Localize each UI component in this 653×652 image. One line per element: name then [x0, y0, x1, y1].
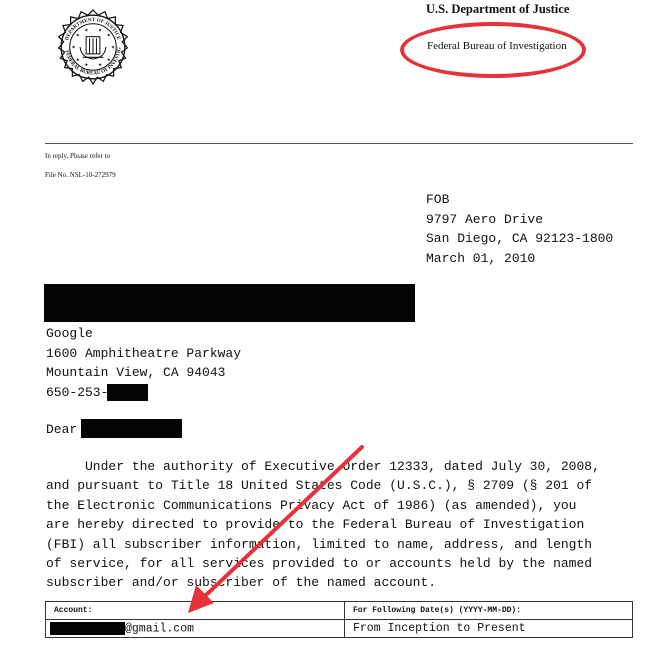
redaction-block: [44, 284, 415, 322]
svg-text:★: ★: [84, 28, 88, 33]
body-line: (FBI) all subscriber information, limite…: [46, 535, 646, 554]
body-line: of service, for all services provided to…: [46, 554, 646, 573]
letter-date: March 01, 2010: [426, 249, 613, 269]
request-table: Account: For Following Date(s) (YYYY-MM-…: [45, 601, 633, 638]
dates-header: For Following Date(s) (YYYY-MM-DD):: [345, 602, 633, 620]
redaction-block: [107, 384, 148, 401]
body-line: subscriber and/or subscriber of the name…: [46, 573, 646, 592]
office-name: FOB: [426, 190, 613, 210]
body-paragraph: Under the authority of Executive Order 1…: [46, 457, 646, 593]
table-header-row: Account: For Following Date(s) (YYYY-MM-…: [46, 602, 633, 620]
table-row: @gmail.com From Inception to Present: [46, 620, 633, 638]
dates-cell: From Inception to Present: [345, 620, 633, 638]
svg-text:★: ★: [76, 33, 80, 38]
recipient-street: 1600 Amphitheatre Parkway: [46, 344, 241, 364]
svg-text:DEPARTMENT OF JUSTICE: DEPARTMENT OF JUSTICE: [64, 17, 122, 41]
body-line: are hereby directed to provide to the Fe…: [46, 515, 646, 534]
file-number: File No. NSL-10-272979: [45, 171, 116, 179]
recipient-city: Mountain View, CA 94043: [46, 363, 241, 383]
office-street: 9797 Aero Drive: [426, 210, 613, 230]
svg-text:★: ★: [98, 62, 102, 67]
department-title: U.S. Department of Justice: [426, 2, 569, 17]
recipient-company: Google: [46, 324, 241, 344]
svg-text:★: ★: [111, 45, 115, 50]
reply-reference-label: In reply, Please refer to: [45, 152, 110, 160]
salutation: Dear: [46, 420, 77, 440]
svg-text:★: ★: [107, 57, 111, 62]
svg-text:★: ★: [84, 62, 88, 67]
header-divider: [45, 143, 633, 144]
svg-text:★: ★: [107, 33, 111, 38]
account-cell: @gmail.com: [46, 620, 345, 638]
account-header: Account:: [46, 602, 345, 620]
svg-text:★: ★: [98, 28, 102, 33]
account-email-domain: @gmail.com: [125, 622, 194, 635]
body-line: Under the authority of Executive Order 1…: [46, 457, 646, 476]
body-line: and pursuant to Title 18 United States C…: [46, 476, 646, 495]
office-city: San Diego, CA 92123-1800: [426, 229, 613, 249]
redaction-block: [81, 419, 182, 438]
sender-address-block: FOB 9797 Aero Drive San Diego, CA 92123-…: [426, 190, 613, 268]
fbi-seal-icon: DEPARTMENT OF JUSTICE FEDERAL BUREAU OF …: [50, 4, 136, 90]
svg-text:★: ★: [76, 57, 80, 62]
highlight-oval-annotation: [400, 22, 586, 78]
svg-text:★: ★: [72, 45, 76, 50]
body-line: the Electronic Communications Privacy Ac…: [46, 496, 646, 515]
redaction-block: [50, 622, 125, 635]
